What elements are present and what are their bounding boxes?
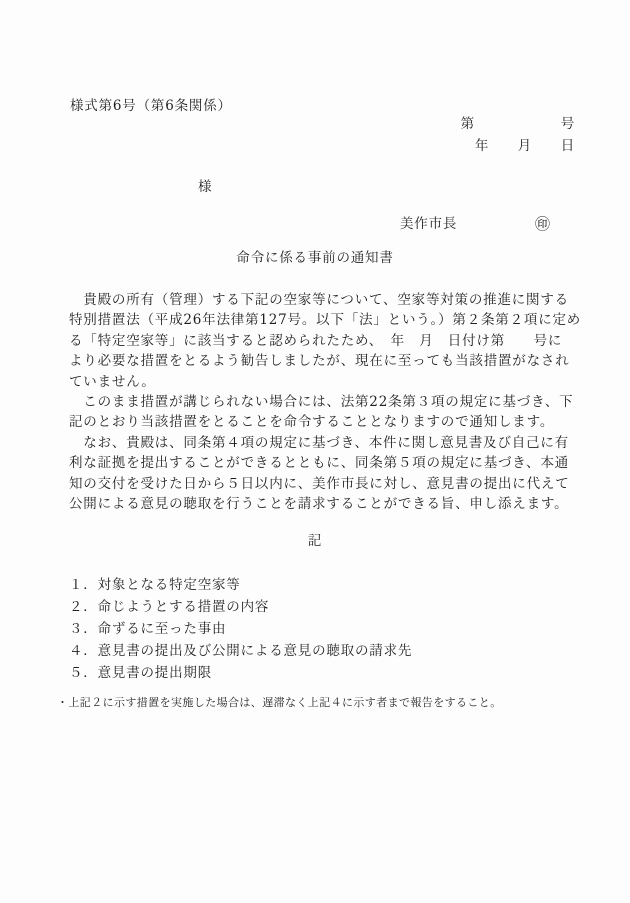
form-number-label: 様式第6号（第6条関係） <box>70 98 232 114</box>
body-line: 利な証拠を提出することができるとともに、同条第５項の規定に基づき、本通 <box>69 453 578 473</box>
issuer-name: 美作市長 <box>400 216 457 233</box>
enumerated-item-list: １．対象となる特定空家等 ２．命じようとする措置の内容 ３．命ずるに至った事由 … <box>69 574 578 684</box>
footnote: ・上記２に示す措置を実施した場合は、遅滞なく上記４に示す者まで報告をすること。 <box>57 695 590 711</box>
body-line: より必要な措置をとるよう勧告しましたが、現在に至っても当該措置がなされ <box>69 351 578 371</box>
body-line: 知の交付を受けた日から５日以内に、美作市長に対し、意見書の提出に代えて <box>69 474 578 494</box>
list-item: ２．命じようとする措置の内容 <box>69 596 578 618</box>
body-text: 貴殿の所有（管理）する下記の空家等について、空家等対策の推進に関する 特別措置法… <box>69 290 578 514</box>
list-item: ４．意見書の提出及び公開による意見の聴取の請求先 <box>69 640 578 662</box>
document-title: 命令に係る事前の通知書 <box>0 250 630 267</box>
date-line: 年 月 日 <box>0 138 575 155</box>
body-line: る「特定空家等」に該当すると認められたため、 年 月 日付け第 号に <box>69 331 578 351</box>
list-item: ３．命ずるに至った事由 <box>69 618 578 640</box>
sender-line: 美作市長 ㊞ <box>0 216 630 234</box>
list-item: １．対象となる特定空家等 <box>69 574 578 596</box>
seal-icon: ㊞ <box>535 216 551 233</box>
document-number-line: 第 号 <box>0 116 575 133</box>
body-line: 公開による意見の聴取を行うことを請求することができる旨、申し添えます。 <box>69 494 578 514</box>
body-line: 記のとおり当該措置をとることを命令することとなりますので通知します。 <box>69 412 578 432</box>
body-line: なお、貴殿は、同条第４項の規定に基づき、本件に関し意見書及び自己に有 <box>69 433 578 453</box>
body-line: 特別措置法（平成26年法律第127号。以下「法」という。）第２条第２項に定め <box>69 310 578 330</box>
recipient-line: 様 <box>198 179 212 196</box>
ki-heading: 記 <box>0 533 630 550</box>
body-line: ていません。 <box>69 372 578 392</box>
body-line: 貴殿の所有（管理）する下記の空家等について、空家等対策の推進に関する <box>69 290 578 310</box>
body-line: このまま措置が講じられない場合には、法第22条第３項の規定に基づき、下 <box>69 392 578 412</box>
notice-document-page: 様式第6号（第6条関係） 第 号 年 月 日 様 美作市長 ㊞ 命令に係る事前の… <box>0 0 630 903</box>
list-item: ５．意見書の提出期限 <box>69 662 578 684</box>
recipient-honorific: 様 <box>198 179 212 195</box>
